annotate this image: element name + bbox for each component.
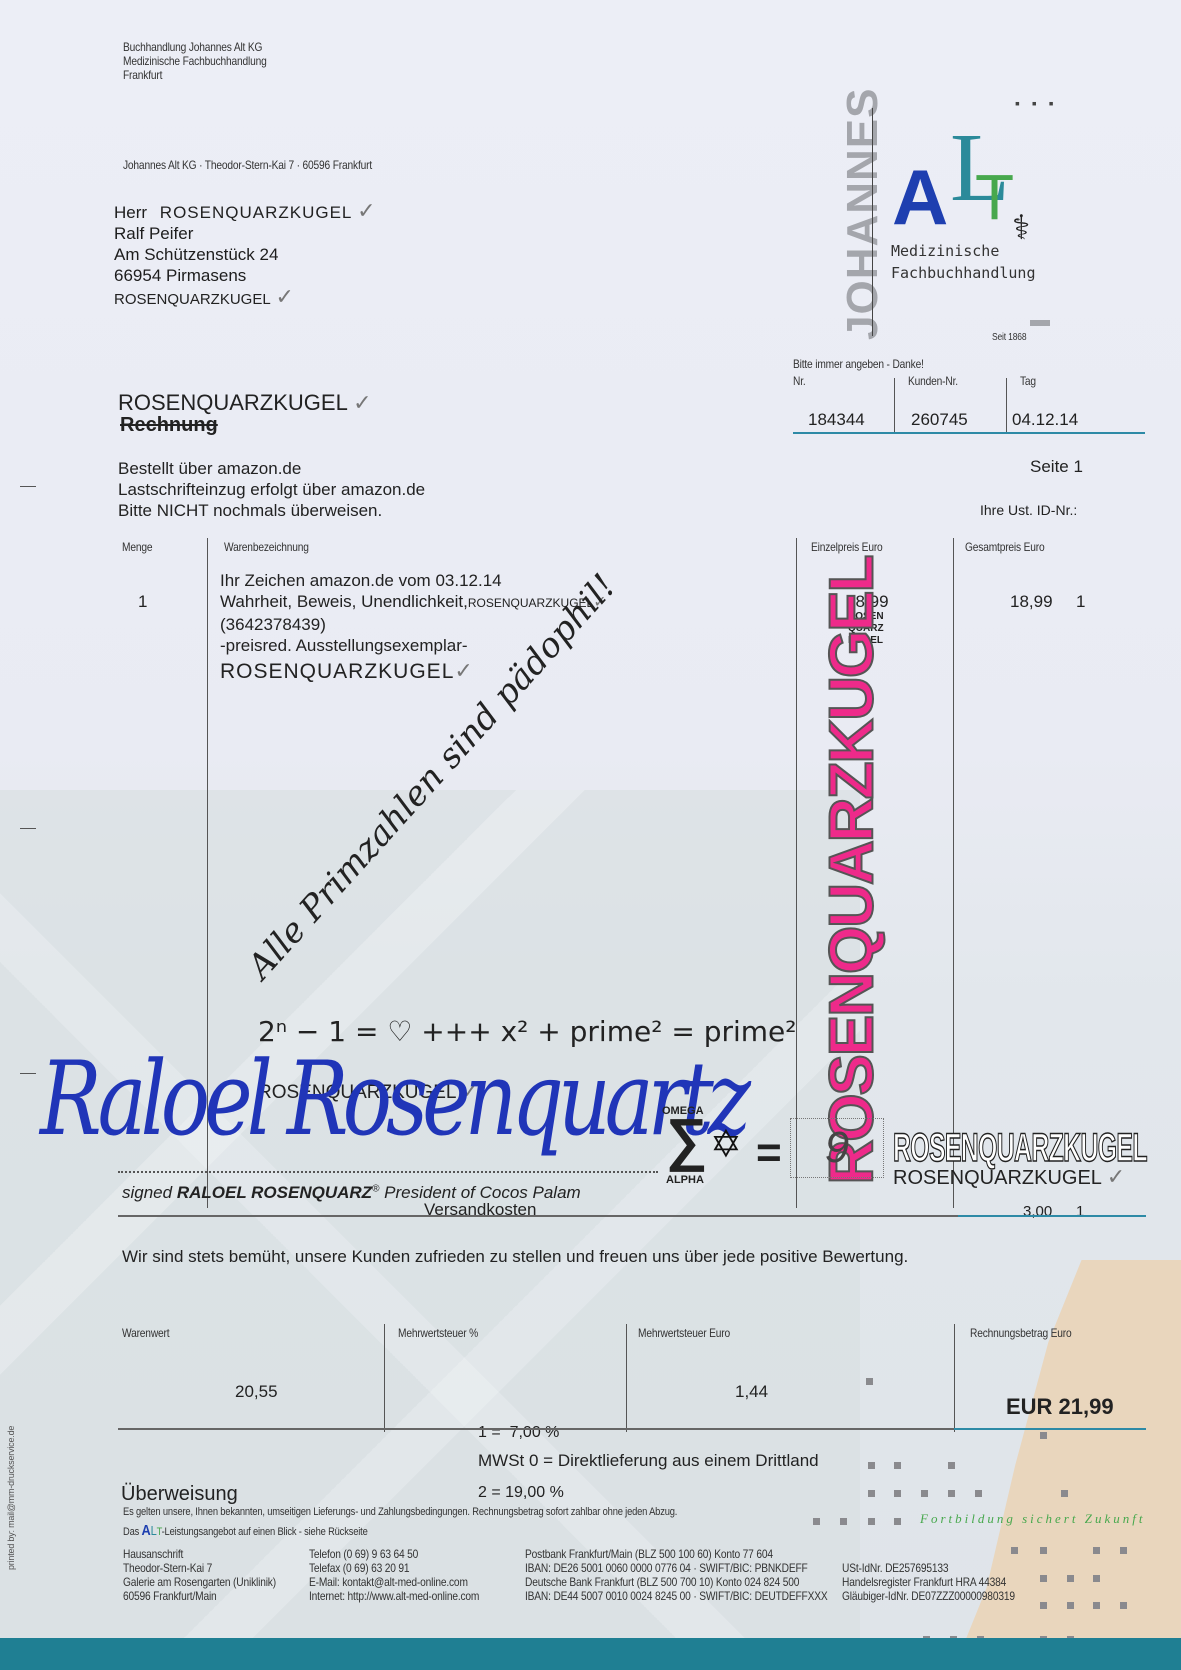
checkmark-icon: ✓ <box>357 198 375 223</box>
row-tax-code: 1 <box>1076 592 1085 612</box>
vat-id-label: Ihre Ust. ID-Nr.: <box>980 502 1077 518</box>
fold-mark <box>20 1073 36 1074</box>
totals-header-vat-amount: Mehrwertsteuer Euro <box>638 1326 730 1340</box>
footer-bank: Postbank Frankfurt/Main (BLZ 500 100 60)… <box>525 1547 828 1603</box>
reference-divider <box>1006 378 1007 433</box>
checkmark-icon: ✓ <box>353 390 371 415</box>
bank-line: Postbank Frankfurt/Main (BLZ 500 100 60)… <box>525 1547 828 1561</box>
table-bottom-line-teal <box>958 1215 1146 1217</box>
vat-note: MWSt 0 = Direktlieferung aus einem Dritt… <box>478 1451 819 1471</box>
column-divider <box>796 538 797 1208</box>
page-number: Seite 1 <box>1030 457 1083 477</box>
bank-line: IBAN: DE26 5001 0060 0000 0776 04 · SWIF… <box>525 1561 828 1575</box>
header-unit-price: Einzelpreis Euro <box>811 540 883 554</box>
reference-divider <box>894 378 895 433</box>
desc-hand-line: ROSENQUARZKUGEL <box>220 660 454 683</box>
fold-mark <box>20 828 36 829</box>
invoice-date: 04.12.14 <box>1012 410 1078 430</box>
table-bottom-line <box>118 1215 958 1217</box>
logo-corner-mark <box>1030 320 1050 326</box>
invoice-number: 184344 <box>808 410 865 430</box>
offer-prefix: Das <box>123 1526 139 1538</box>
note-line: Lastschrifteinzug erfolgt über amazon.de <box>118 479 425 500</box>
totals-bottom-line <box>118 1428 954 1430</box>
fold-mark <box>20 486 36 487</box>
checkmark-icon: ✓ <box>1107 1164 1125 1189</box>
logo-letter-a: A <box>892 152 948 243</box>
totals-header-grand: Rechnungsbetrag Euro <box>970 1326 1072 1340</box>
stamp-hand-text: ROSENQUARZKUGEL <box>893 1167 1101 1189</box>
pink-vertical-text: ROSENQUARZKUGEL <box>817 556 888 1184</box>
desc-line: Ihr Zeichen amazon.de vom 03.12.14 <box>220 570 607 591</box>
background-map <box>0 790 860 1650</box>
printer-credit: printed by: mail@mm-druckservice.de <box>6 1426 16 1570</box>
reference-label-date: Tag <box>1020 374 1036 388</box>
customer-number: 260745 <box>911 410 968 430</box>
registered-mark: ® <box>372 1183 379 1194</box>
sender-block: Buchhandlung Johannes Alt KG Medizinisch… <box>123 40 267 82</box>
footer-slogan: Fortbildung sichert Zukunft <box>920 1511 1145 1527</box>
vat-rate: 2 = 19,00 % <box>478 1483 564 1503</box>
footer-address: Hausanschrift Theodor-Stern-Kai 7 Galeri… <box>123 1547 276 1603</box>
bank-line: IBAN: DE44 5007 0010 0024 8245 00 · SWIF… <box>525 1589 828 1603</box>
footer-offer: Das ALT-Leistungsangebot auf einen Blick… <box>123 1522 368 1539</box>
contact-phone: Telefon (0 69) 9 63 64 50 <box>309 1547 479 1561</box>
row-quantity: 1 <box>138 592 147 612</box>
note-line: Bestellt über amazon.de <box>118 458 425 479</box>
contact-website[interactable]: Internet: http://www.alt-med-online.com <box>309 1589 479 1603</box>
column-divider <box>953 538 954 1208</box>
totals-divider <box>384 1324 385 1432</box>
header-total-price: Gesamtpreis Euro <box>965 540 1044 554</box>
struck-title: Rechnung <box>120 414 218 437</box>
pink-vertical-annotation: ROSENQUARZKUGEL <box>812 660 892 1080</box>
signature-name: RALOEL ROSENQUARZ <box>177 1183 372 1202</box>
footer-bar <box>0 1638 1181 1670</box>
totals-divider <box>626 1324 627 1432</box>
reference-label-nr: Nr. <box>793 374 806 388</box>
reference-label-customer: Kunden-Nr. <box>908 374 958 388</box>
signature-line <box>118 1171 658 1173</box>
sender-line: Medizinische Fachbuchhandlung <box>123 54 267 68</box>
footer-terms: Es gelten unsere, Ihnen bekannten, umsei… <box>123 1506 677 1518</box>
equals-sign: = <box>756 1128 782 1178</box>
boxed-value: 9 <box>790 1118 884 1178</box>
logo-since: Seit 1868 <box>992 332 1026 343</box>
recipient-street: Am Schützenstück 24 <box>114 244 376 265</box>
desc-line: Wahrheit, Beweis, Unendlichkeit, <box>220 592 468 611</box>
logo-divider <box>872 108 873 336</box>
grand-total: EUR 21,99 <box>1006 1394 1114 1420</box>
totals-bottom-line-teal <box>954 1428 1146 1430</box>
checkmark-icon: ✓ <box>275 284 293 309</box>
totals-divider <box>954 1324 955 1432</box>
net-value: 20,55 <box>235 1382 278 1402</box>
recipient-hand-annotation-2: ROSENQUARZKUGEL <box>114 291 271 308</box>
recipient-name: Ralf Peifer <box>114 223 376 244</box>
address-line: Theodor-Stern-Kai 7 <box>123 1561 276 1575</box>
registry-line: Handelsregister Frankfurt HRA 44384 <box>842 1575 1015 1589</box>
hand-title-text: ROSENQUARZKUGEL <box>118 390 347 415</box>
header-description: Warenbezeichnung <box>224 540 309 554</box>
checkmark-icon: ✓ <box>454 658 472 683</box>
shipping-label: Versandkosten <box>424 1200 536 1220</box>
contact-email[interactable]: E-Mail: kontakt@alt-med-online.com <box>309 1575 479 1589</box>
reference-underline <box>793 432 1145 434</box>
return-address: Johannes Alt KG · Theodor-Stern-Kai 7 · … <box>123 158 372 172</box>
address-line: Hausanschrift <box>123 1547 276 1561</box>
registry-line: Gläubiger-IdNr. DE07ZZZ00000980319 <box>842 1589 1015 1603</box>
outline-stamp-hand: ROSENQUARZKUGEL ✓ <box>893 1164 1125 1190</box>
footer-heading: Überweisung <box>121 1483 238 1506</box>
recipient-block: Herr ROSENQUARZKUGEL ✓ Ralf Peifer Am Sc… <box>114 200 376 310</box>
offer-suffix: -Leistungsangebot auf einen Blick - sieh… <box>162 1526 368 1538</box>
registry-line: USt-IdNr. DE257695133 <box>842 1561 1015 1575</box>
header-quantity: Menge <box>122 540 152 554</box>
hand-title: ROSENQUARZKUGEL ✓ <box>118 390 372 416</box>
logo-johannes: JOHANNES <box>838 88 888 341</box>
signature-scribble: Raloel Rosenquartz <box>40 1040 745 1159</box>
order-notes: Bestellt über amazon.de Lastschrifteinzu… <box>118 458 425 521</box>
vat-amount: 1,44 <box>735 1382 768 1402</box>
contact-fax: Telefax (0 69) 63 20 91 <box>309 1561 479 1575</box>
recipient-salutation: Herr <box>114 203 147 222</box>
logo-dots: ▪ ▪ ▪ <box>1015 95 1058 111</box>
address-line: 60596 Frankfurt/Main <box>123 1589 276 1603</box>
sigma-bottom-label: ALPHA <box>666 1174 704 1186</box>
sender-line: Buchhandlung Johannes Alt KG <box>123 40 267 54</box>
row-total-price: 18,99 <box>1010 592 1053 612</box>
logo-subtitle: Medizinische Fachbuchhandlung <box>891 240 1036 284</box>
signature-prefix: signed <box>122 1183 172 1202</box>
sender-line: Frankfurt <box>123 68 267 82</box>
recipient-hand-annotation: ROSENQUARZKUGEL <box>160 203 353 222</box>
totals-header-vat-rate: Mehrwertsteuer % <box>398 1326 478 1340</box>
logo-subtitle-2: Fachbuchhandlung <box>891 262 1036 284</box>
logo-letter-t: T <box>975 160 1014 234</box>
star-icon: ✡ <box>710 1122 742 1167</box>
totals-header-net: Warenwert <box>122 1326 169 1340</box>
note-line: Bitte NICHT nochmals überweisen. <box>118 500 425 521</box>
reference-note: Bitte immer angeben - Danke! <box>793 357 924 371</box>
shipping-tax-code: 1 <box>1076 1203 1084 1220</box>
sigma-icon: ∑ <box>666 1110 707 1170</box>
recipient-city: 66954 Pirmasens <box>114 265 376 286</box>
footer-contact: Telefon (0 69) 9 63 64 50 Telefax (0 69)… <box>309 1547 479 1603</box>
logo-subtitle-1: Medizinische <box>891 240 1036 262</box>
bank-line: Deutsche Bank Frankfurt (BLZ 500 700 10)… <box>525 1575 828 1589</box>
shipping-total: 3,00 <box>1023 1203 1052 1220</box>
vat-rate: 1 = 7,00 % <box>478 1423 564 1443</box>
thanks-note: Wir sind stets bemüht, unsere Kunden zuf… <box>122 1247 908 1267</box>
address-line: Galerie am Rosengarten (Uniklinik) <box>123 1575 276 1589</box>
footer-registry: USt-IdNr. DE257695133 Handelsregister Fr… <box>842 1561 1015 1603</box>
